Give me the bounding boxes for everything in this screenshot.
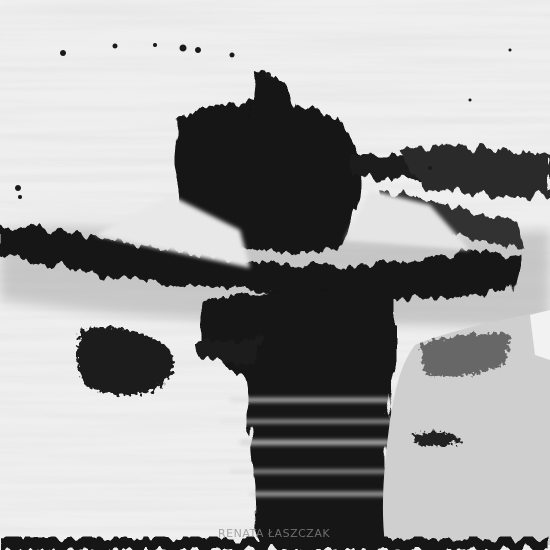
artist-watermark: RENATA ŁASZCZAK <box>218 527 330 540</box>
abstract-painting <box>0 0 550 550</box>
artwork-canvas: RENATA ŁASZCZAK <box>0 0 550 550</box>
